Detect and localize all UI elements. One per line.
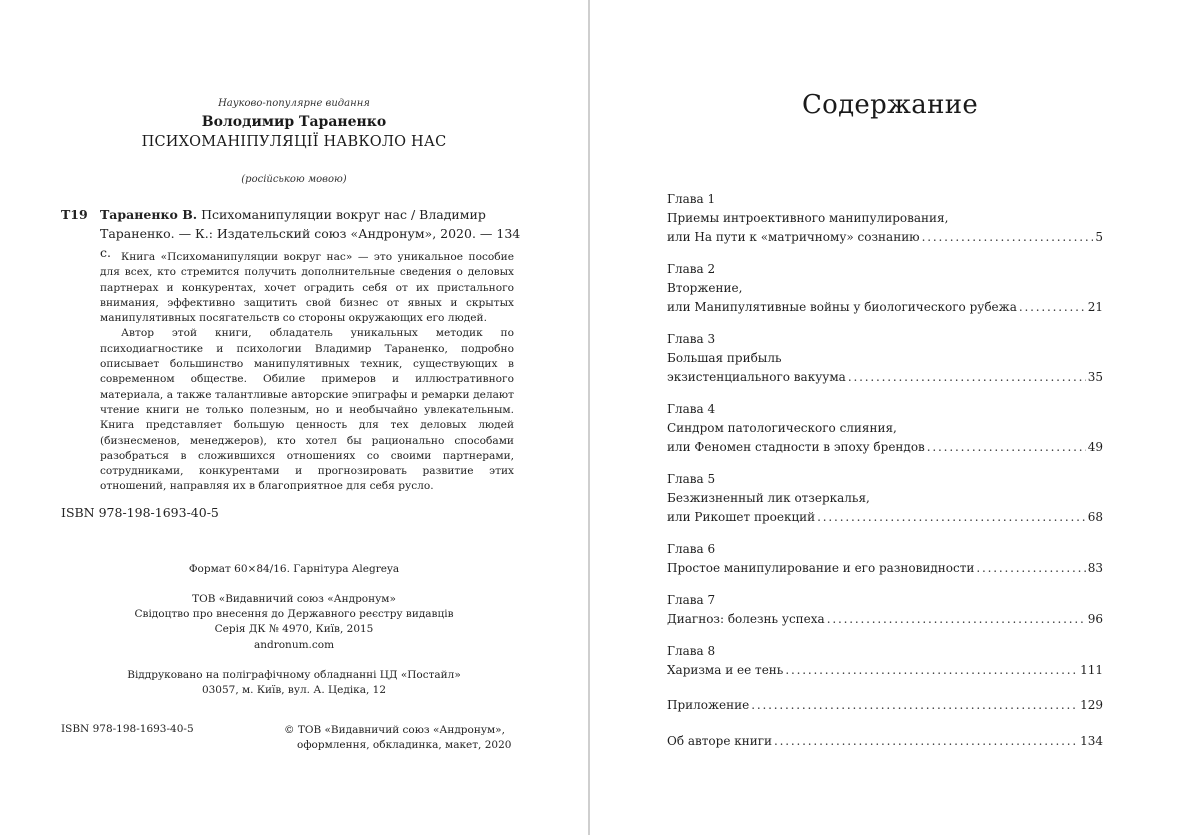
isbn: ISBN 978-198-1693-40-5 <box>61 505 219 520</box>
chapter-label: Глава 4 <box>667 400 1103 419</box>
toc-entry[interactable]: Об авторе книги134 <box>667 732 1103 751</box>
chapter-title: Приложение <box>667 696 749 715</box>
toc-entry[interactable]: Глава 2Вторжение,или Манипулятивные войн… <box>667 260 1103 317</box>
imprint-page: Науково-популярне видання Володимир Тара… <box>0 0 588 835</box>
chapter-title: Об авторе книги <box>667 732 772 751</box>
page-number: 5 <box>1095 228 1103 247</box>
toc-leader-line: или Рикошет проекций68 <box>667 508 1103 527</box>
publisher-website: andronum.com <box>0 638 588 653</box>
toc-entry[interactable]: Глава 6Простое манипулирование и его раз… <box>667 540 1103 578</box>
dot-leader <box>976 559 1085 578</box>
footer-isbn: ISBN 978-198-1693-40-5 <box>61 723 194 735</box>
dot-leader <box>922 228 1094 247</box>
chapter-title: Простое манипулирование и его разновидно… <box>667 559 974 578</box>
page-number: 96 <box>1088 610 1103 629</box>
chapter-title-line: Синдром патологического слияния, <box>667 419 1103 438</box>
table-of-contents: Глава 1Приемы интроективного манипулиров… <box>667 190 1103 764</box>
chapter-title-line: Вторжение, <box>667 279 1103 298</box>
chapter-title: Харизма и ее тень <box>667 661 783 680</box>
toc-entry[interactable]: Приложение129 <box>667 696 1103 715</box>
format-info: Формат 60×84/16. Гарнітура Alegreya <box>0 563 588 575</box>
toc-leader-line: Диагноз: болезнь успеха96 <box>667 610 1103 629</box>
book-title: ПСИХОМАНІПУЛЯЦІЇ НАВКОЛО НАС <box>0 134 588 150</box>
chapter-title-line: Приемы интроективного манипулирования, <box>667 209 1103 228</box>
dot-leader <box>1019 298 1086 317</box>
toc-entry[interactable]: Глава 5Безжизненный лик отзеркалья,или Р… <box>667 470 1103 527</box>
annotation: Книга «Психоманипуляции вокруг нас» — эт… <box>100 250 514 495</box>
genre-label: Науково-популярне видання <box>0 98 588 109</box>
page-number: 83 <box>1088 559 1103 578</box>
toc-leader-line: или На пути к «матричному» сознанию5 <box>667 228 1103 247</box>
copyright-notice: © ТОВ «Видавничий союз «Андронум», оформ… <box>284 723 511 753</box>
annotation-paragraph: Автор этой книги, обладатель уникальных … <box>100 326 514 494</box>
chapter-label: Глава 7 <box>667 591 1103 610</box>
page-number: 68 <box>1088 508 1103 527</box>
toc-entry[interactable]: Глава 1Приемы интроективного манипулиров… <box>667 190 1103 247</box>
page-number: 129 <box>1080 696 1103 715</box>
chapter-title: или Феномен стадности в эпоху брендов <box>667 438 925 457</box>
dot-leader <box>817 508 1086 527</box>
page-number: 49 <box>1088 438 1103 457</box>
publisher-line: ТОВ «Видавничий союз «Андронум» <box>0 592 588 607</box>
author-name: Володимир Тараненко <box>0 114 588 130</box>
page-number: 35 <box>1088 368 1103 387</box>
chapter-title: или Рикошет проекций <box>667 508 815 527</box>
dot-leader <box>785 661 1078 680</box>
copyright-line: оформлення, обкладинка, макет, 2020 <box>284 738 511 753</box>
printer-address: 03057, м. Київ, вул. А. Цедіка, 12 <box>0 683 588 698</box>
toc-leader-line: или Манипулятивные войны у биологическог… <box>667 298 1103 317</box>
contents-page: Содержание Глава 1Приемы интроективного … <box>590 0 1177 835</box>
chapter-title: экзистенциального вакуума <box>667 368 846 387</box>
bibliographic-author: Тараненко В. <box>100 207 197 222</box>
toc-leader-line: Приложение129 <box>667 696 1103 715</box>
dot-leader <box>848 368 1086 387</box>
toc-entry[interactable]: Глава 7Диагноз: болезнь успеха96 <box>667 591 1103 629</box>
chapter-label: Глава 3 <box>667 330 1103 349</box>
chapter-label: Глава 2 <box>667 260 1103 279</box>
classification-code: Т19 <box>61 205 88 224</box>
chapter-title-line: Большая прибыль <box>667 349 1103 368</box>
publisher-info: ТОВ «Видавничий союз «Андронум» Свідоцтв… <box>0 592 588 653</box>
chapter-title: Диагноз: болезнь успеха <box>667 610 825 629</box>
dot-leader <box>751 696 1078 715</box>
publisher-line: Свідоцтво про внесення до Державного реє… <box>0 607 588 622</box>
chapter-label: Глава 1 <box>667 190 1103 209</box>
toc-entry[interactable]: Глава 4Синдром патологического слияния,и… <box>667 400 1103 457</box>
annotation-paragraph: Книга «Психоманипуляции вокруг нас» — эт… <box>100 250 514 326</box>
toc-leader-line: или Феномен стадности в эпоху брендов49 <box>667 438 1103 457</box>
toc-leader-line: Об авторе книги134 <box>667 732 1103 751</box>
toc-leader-line: экзистенциального вакуума35 <box>667 368 1103 387</box>
dot-leader <box>927 438 1086 457</box>
book-spread: Науково-популярне видання Володимир Тара… <box>0 0 1177 835</box>
chapter-label: Глава 6 <box>667 540 1103 559</box>
chapter-label: Глава 8 <box>667 642 1103 661</box>
chapter-title: или Манипулятивные войны у биологическог… <box>667 298 1017 317</box>
page-number: 111 <box>1080 661 1103 680</box>
language-note: (російською мовою) <box>0 174 588 185</box>
contents-title: Содержание <box>590 90 1177 120</box>
toc-entry[interactable]: Глава 3Большая прибыльэкзистенциального … <box>667 330 1103 387</box>
dot-leader <box>827 610 1086 629</box>
copyright-line: © ТОВ «Видавничий союз «Андронум», <box>284 723 511 738</box>
chapter-label: Глава 5 <box>667 470 1103 489</box>
toc-leader-line: Простое манипулирование и его разновидно… <box>667 559 1103 578</box>
chapter-title: или На пути к «матричному» сознанию <box>667 228 920 247</box>
page-number: 21 <box>1088 298 1103 317</box>
publisher-line: Серія ДК № 4970, Київ, 2015 <box>0 622 588 637</box>
page-number: 134 <box>1080 732 1103 751</box>
printer-line: Віддруковано на поліграфічному обладнанн… <box>0 668 588 683</box>
printer-info: Віддруковано на поліграфічному обладнанн… <box>0 668 588 698</box>
toc-entry[interactable]: Глава 8Харизма и ее тень111 <box>667 642 1103 680</box>
toc-leader-line: Харизма и ее тень111 <box>667 661 1103 680</box>
chapter-title-line: Безжизненный лик отзеркалья, <box>667 489 1103 508</box>
dot-leader <box>774 732 1078 751</box>
